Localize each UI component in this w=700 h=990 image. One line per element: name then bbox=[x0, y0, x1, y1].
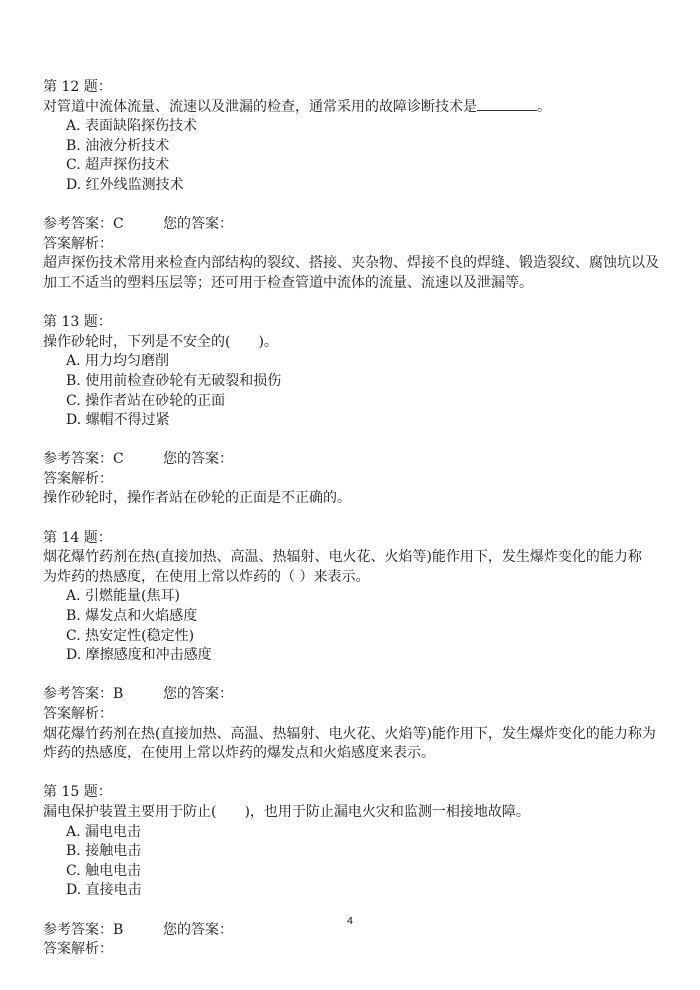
reference-answer: 参考答案：C bbox=[43, 215, 163, 235]
option-b: B. 油液分析技术 bbox=[43, 137, 663, 157]
option-a: A. 引燃能量(焦耳) bbox=[43, 587, 663, 607]
option-d: D. 直接电击 bbox=[43, 881, 663, 901]
question-stem: 漏电保护装置主要用于防止( )，也用于防止漏电火灾和监测一相接地故障。 bbox=[43, 803, 663, 823]
reference-answer: 参考答案：B bbox=[43, 685, 163, 705]
question-title: 第 12 题： bbox=[43, 78, 663, 98]
option-a: A. 用力均匀磨削 bbox=[43, 352, 663, 372]
your-answer: 您的答案： bbox=[163, 450, 233, 470]
reference-answer: 参考答案：C bbox=[43, 450, 163, 470]
question-12: 第 12 题： 对管道中流体流量、流速以及泄漏的检查，通常采用的故障诊断技术是。… bbox=[43, 78, 663, 313]
analysis-line: 操作砂轮时，操作者站在砂轮的正面是不正确的。 bbox=[43, 489, 663, 509]
option-a: A. 漏电电击 bbox=[43, 823, 663, 843]
answer-row: 参考答案：B 您的答案： bbox=[43, 685, 663, 705]
analysis-line: 超声探伤技术常用来检查内部结构的裂纹、搭接、夹杂物、焊接不良的焊缝、锻造裂纹、腐… bbox=[43, 254, 663, 274]
option-d: D. 摩擦感度和冲击感度 bbox=[43, 646, 663, 666]
option-a: A. 表面缺陷探伤技术 bbox=[43, 117, 663, 137]
question-stem: 对管道中流体流量、流速以及泄漏的检查，通常采用的故障诊断技术是。 bbox=[43, 98, 663, 118]
question-title: 第 14 题： bbox=[43, 529, 663, 549]
option-b: B. 使用前检查砂轮有无破裂和损伤 bbox=[43, 372, 663, 392]
question-title: 第 13 题： bbox=[43, 313, 663, 333]
analysis-label: 答案解析： bbox=[43, 705, 663, 725]
analysis-label: 答案解析： bbox=[43, 470, 663, 490]
question-13: 第 13 题： 操作砂轮时，下列是不安全的( )。 A. 用力均匀磨削 B. 使… bbox=[43, 313, 663, 529]
question-stem: 为炸药的热感度，在使用上常以炸药的（ ）来表示。 bbox=[43, 568, 663, 588]
option-c: C. 触电电击 bbox=[43, 862, 663, 882]
stem-text: 对管道中流体流量、流速以及泄漏的检查，通常采用的故障诊断技术是 bbox=[43, 99, 477, 115]
option-c: C. 超声探伤技术 bbox=[43, 156, 663, 176]
answer-blank bbox=[477, 98, 537, 111]
analysis-line: 烟花爆竹药剂在热(直接加热、高温、热辐射、电火花、火焰等)能作用下，发生爆炸变化… bbox=[43, 725, 663, 745]
analysis-line: 炸药的热感度，在使用上常以炸药的爆发点和火焰感度来表示。 bbox=[43, 744, 663, 764]
your-answer: 您的答案： bbox=[163, 215, 233, 235]
page-number: 4 bbox=[0, 916, 700, 927]
option-c: C. 操作者站在砂轮的正面 bbox=[43, 392, 663, 412]
stem-end: 。 bbox=[537, 99, 551, 115]
analysis-label: 答案解析： bbox=[43, 940, 663, 960]
option-d: D. 红外线监测技术 bbox=[43, 176, 663, 196]
question-title: 第 15 题： bbox=[43, 783, 663, 803]
question-stem: 操作砂轮时，下列是不安全的( )。 bbox=[43, 333, 663, 353]
answer-row: 参考答案：C 您的答案： bbox=[43, 450, 663, 470]
option-c: C. 热安定性(稳定性) bbox=[43, 627, 663, 647]
option-b: B. 爆发点和火焰感度 bbox=[43, 607, 663, 627]
option-b: B. 接触电击 bbox=[43, 842, 663, 862]
document-page: 第 12 题： 对管道中流体流量、流速以及泄漏的检查，通常采用的故障诊断技术是。… bbox=[43, 78, 663, 960]
answer-row: 参考答案：C 您的答案： bbox=[43, 215, 663, 235]
option-d: D. 螺帽不得过紧 bbox=[43, 411, 663, 431]
analysis-label: 答案解析： bbox=[43, 235, 663, 255]
analysis-line: 加工不适当的塑料压层等；还可用于检查管道中流体的流量、流速以及泄漏等。 bbox=[43, 274, 663, 294]
question-14: 第 14 题： 烟花爆竹药剂在热(直接加热、高温、热辐射、电火花、火焰等)能作用… bbox=[43, 529, 663, 784]
question-15: 第 15 题： 漏电保护装置主要用于防止( )，也用于防止漏电火灾和监测一相接地… bbox=[43, 783, 663, 959]
question-stem: 烟花爆竹药剂在热(直接加热、高温、热辐射、电火花、火焰等)能作用下，发生爆炸变化… bbox=[43, 548, 663, 568]
your-answer: 您的答案： bbox=[163, 685, 233, 705]
